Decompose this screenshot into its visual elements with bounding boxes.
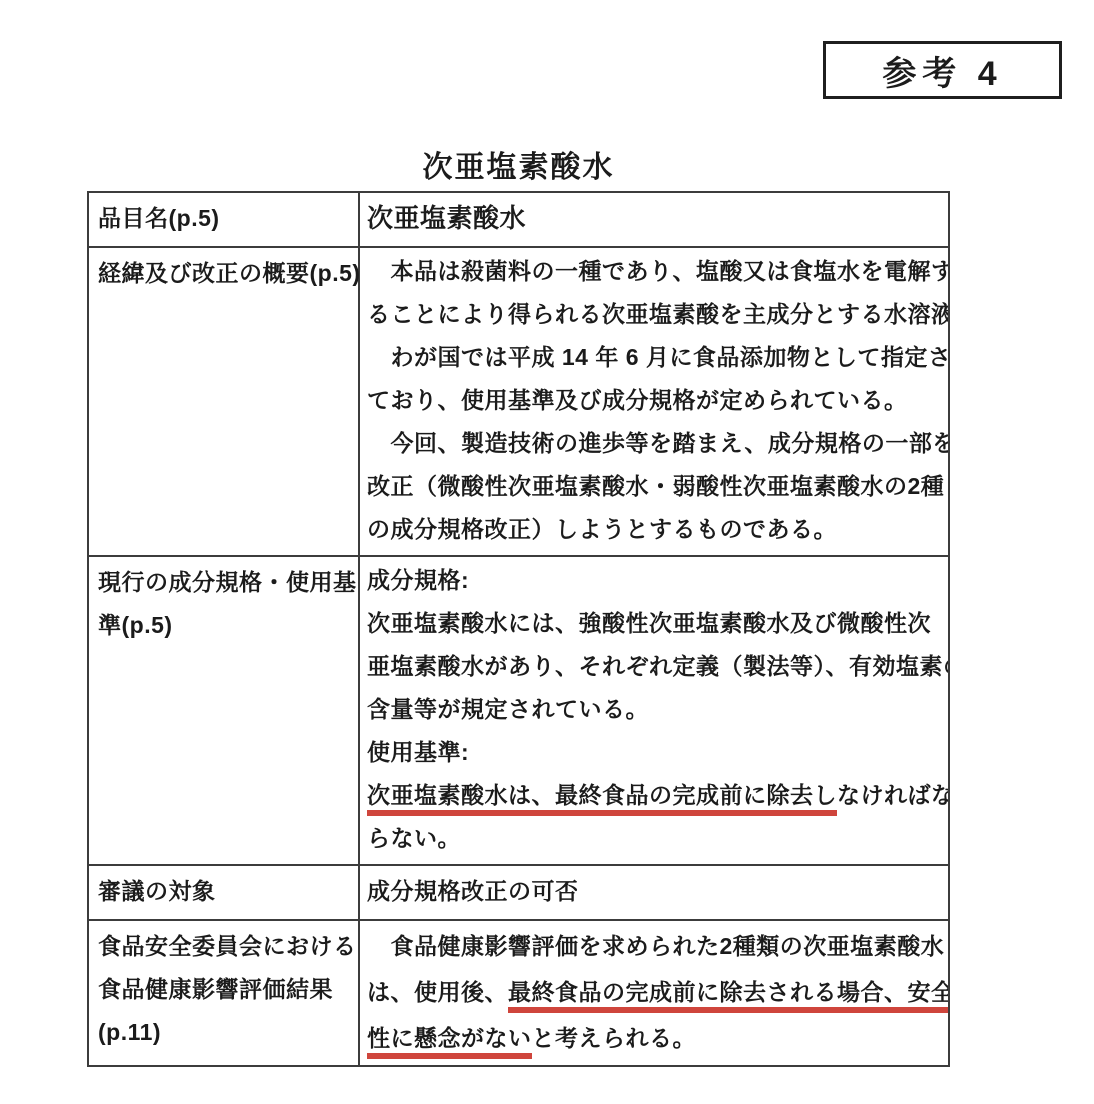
content-line: 含量等が規定されている。 bbox=[367, 688, 944, 731]
red-underlined-text: 性に懸念がない bbox=[367, 1025, 532, 1059]
content-line-underlined: 性に懸念がないと考えられる。 bbox=[367, 1015, 944, 1061]
content-line: 今回、製造技術の進歩等を踏まえ、成分規格の一部を bbox=[367, 422, 944, 465]
content-line: ており、使用基準及び成分規格が定められている。 bbox=[367, 379, 944, 422]
label-line: 品目名(p.5) bbox=[98, 197, 354, 240]
table-row-overview: 経緯及び改正の概要(p.5) 本品は殺菌料の一種であり、塩酸又は食塩水を電解す … bbox=[89, 246, 948, 555]
plain-text: は、使用後、 bbox=[367, 979, 508, 1005]
row-content-cell: 次亜塩素酸水 bbox=[360, 193, 948, 246]
row-label-cell: 食品安全委員会における 食品健康影響評価結果 (p.11) bbox=[89, 921, 360, 1065]
content-line: わが国では平成 14 年 6 月に食品添加物として指定され bbox=[367, 336, 944, 379]
content-line-underlined: 次亜塩素酸水は、最終食品の完成前に除去しなければな bbox=[367, 774, 944, 817]
row-content-cell: 成分規格: 次亜塩素酸水には、強酸性次亜塩素酸水及び微酸性次 亜塩素酸水があり、… bbox=[360, 557, 948, 864]
document-page: 参考 4 次亜塩素酸水 品目名(p.5) 次亜塩素酸水 経緯及び改正の概要(p.… bbox=[0, 0, 1094, 1104]
content-line: 使用基準: bbox=[367, 731, 944, 774]
reference-label: 参考 4 bbox=[882, 46, 1002, 95]
label-line: 審議の対象 bbox=[98, 870, 354, 913]
content-line: 食品健康影響評価を求められた2種類の次亜塩素酸水 bbox=[367, 923, 944, 969]
plain-text: なければな bbox=[837, 782, 948, 808]
content-line: 本品は殺菌料の一種であり、塩酸又は食塩水を電解す bbox=[367, 250, 944, 293]
content-line: 成分規格: bbox=[367, 559, 944, 602]
table-row-current-specs: 現行の成分規格・使用基 準(p.5) 成分規格: 次亜塩素酸水には、強酸性次亜塩… bbox=[89, 555, 948, 864]
row-label-cell: 品目名(p.5) bbox=[89, 193, 360, 246]
content-line: 次亜塩素酸水には、強酸性次亜塩素酸水及び微酸性次 bbox=[367, 602, 944, 645]
content-line: 改正（微酸性次亜塩素酸水・弱酸性次亜塩素酸水の2種 bbox=[367, 465, 944, 508]
table-row-item-name: 品目名(p.5) 次亜塩素酸水 bbox=[89, 193, 948, 246]
document-title: 次亜塩素酸水 bbox=[87, 142, 950, 186]
reference-box: 参考 4 bbox=[823, 41, 1062, 99]
row-content-cell: 食品健康影響評価を求められた2種類の次亜塩素酸水 は、使用後、最終食品の完成前に… bbox=[360, 921, 948, 1065]
content-line-underlined: は、使用後、最終食品の完成前に除去される場合、安全 bbox=[367, 969, 944, 1015]
row-label-cell: 現行の成分規格・使用基 準(p.5) bbox=[89, 557, 360, 864]
summary-table: 品目名(p.5) 次亜塩素酸水 経緯及び改正の概要(p.5) 本品は殺菌料の一種… bbox=[87, 191, 950, 1067]
row-label-cell: 経緯及び改正の概要(p.5) bbox=[89, 248, 360, 555]
content-line: らない。 bbox=[367, 817, 944, 860]
table-row-assessment: 食品安全委員会における 食品健康影響評価結果 (p.11) 食品健康影響評価を求… bbox=[89, 919, 948, 1065]
label-line: (p.11) bbox=[98, 1011, 354, 1054]
content-line: ることにより得られる次亜塩素酸を主成分とする水溶液。 bbox=[367, 293, 944, 336]
row-label-cell: 審議の対象 bbox=[89, 866, 360, 919]
label-line: 現行の成分規格・使用基 bbox=[98, 561, 354, 604]
item-name-value: 次亜塩素酸水 bbox=[367, 195, 944, 241]
row-content-cell: 成分規格改正の可否 bbox=[360, 866, 948, 919]
label-line: 食品健康影響評価結果 bbox=[98, 968, 354, 1011]
row-content-cell: 本品は殺菌料の一種であり、塩酸又は食塩水を電解す ることにより得られる次亜塩素酸… bbox=[360, 248, 948, 555]
plain-text: と考えられる。 bbox=[532, 1025, 697, 1051]
label-line: 食品安全委員会における bbox=[98, 925, 354, 968]
subject-value: 成分規格改正の可否 bbox=[367, 868, 944, 914]
red-underlined-text: 最終食品の完成前に除去される場合、安全 bbox=[508, 979, 948, 1013]
content-line: の成分規格改正）しようとするものである。 bbox=[367, 508, 944, 551]
label-line: 経緯及び改正の概要(p.5) bbox=[98, 252, 354, 295]
content-line: 亜塩素酸水があり、それぞれ定義（製法等）、有効塩素の bbox=[367, 645, 944, 688]
red-underlined-text: 次亜塩素酸水は、最終食品の完成前に除去し bbox=[367, 782, 837, 816]
label-line: 準(p.5) bbox=[98, 604, 354, 647]
table-row-subject: 審議の対象 成分規格改正の可否 bbox=[89, 864, 948, 919]
